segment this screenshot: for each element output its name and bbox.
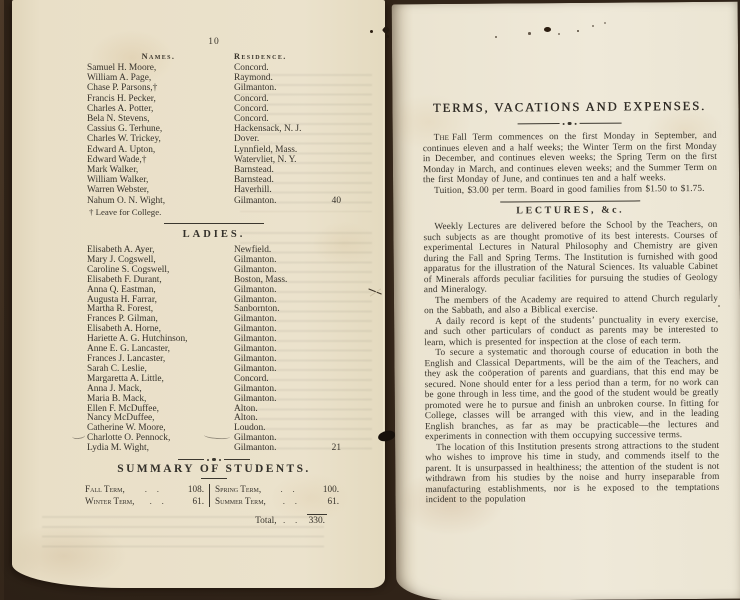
term-label: Winter Term, (85, 496, 134, 506)
student-row: Cassius G. Terhune, Hackensack, N. J. (85, 124, 343, 134)
gentlemen-count: 40 (332, 196, 341, 206)
ornament-dot (212, 458, 215, 461)
paragraph-text: The members of the Academy are required … (424, 294, 718, 317)
body-paragraph: Tuition, $3.00 per term. Board in good f… (423, 184, 717, 197)
right-page: TERMS, VACATIONS AND EXPENSES. TheFall T… (392, 2, 740, 600)
term-count: 61. (317, 496, 339, 506)
student-name: Edward A. Upton, (85, 145, 234, 155)
dot-leader (261, 485, 317, 495)
term-row: Spring Term, 100. (215, 484, 339, 495)
body-paragraph: A daily record is kept of the students’ … (424, 315, 718, 349)
student-residence: Gilmanton. (234, 444, 343, 454)
summary-total-row: Total, 330. (85, 514, 343, 526)
body-paragraph: The location of this Institution present… (425, 441, 719, 506)
term-label: Summer Term, (215, 496, 266, 506)
student-row: Charles A. Potter, Concord. (85, 104, 343, 114)
student-row: Charles W. Trickey, Dover. (85, 134, 343, 144)
student-row: Lydia M. Wight, Gilmanton. (85, 444, 343, 454)
student-row: Francis H. Pecker, Concord. (85, 94, 343, 104)
ink-speck (528, 32, 531, 35)
term-label: Spring Term, (215, 484, 261, 494)
paragraph-text: Weekly Lectures are delivered before the… (423, 220, 717, 295)
body-paragraph: The members of the Academy are required … (424, 294, 718, 317)
ladies-section-title: LADIES. (85, 229, 343, 240)
ornament-line (579, 123, 621, 124)
student-row: Warren Webster, Haverhill. (85, 185, 343, 195)
student-residence: Barnstead. (234, 175, 343, 185)
student-name: Chase P. Parsons,† (85, 83, 234, 93)
paragraph-text: Fall Term commences on the first Monday … (423, 131, 717, 185)
ink-speck (370, 30, 373, 33)
student-residence: Raymond. (234, 73, 343, 83)
ink-speck (577, 30, 579, 32)
student-name: Samuel H. Moore, (85, 63, 234, 73)
summary-title: SUMMARY OF STUDENTS. (85, 463, 343, 475)
student-name: Mark Walker, (85, 165, 234, 175)
ornament-divider (85, 458, 343, 461)
ornament-dot (207, 459, 209, 461)
term-row: Winter Term, 61. (85, 496, 204, 507)
ornament-line (224, 459, 250, 460)
ornament-divider (423, 121, 717, 127)
paragraph-text: Tuition, $3.00 per term. Board in good f… (434, 184, 704, 196)
college-footnote: † Leave for College. (89, 207, 343, 217)
body-paragraph: TheFall Term commences on the first Mond… (423, 131, 717, 186)
ornament-dot (568, 122, 571, 125)
lectures-title: LECTURES, &c. (423, 204, 717, 217)
student-name: Charles W. Trickey, (85, 134, 234, 144)
student-residence: Dover. (234, 134, 343, 144)
student-residence: Barnstead. (234, 165, 343, 175)
roster-column-headers: Names. Residence. (85, 52, 343, 61)
term-count: 61. (182, 496, 204, 506)
ink-speck (386, 35, 389, 38)
student-row: William Walker, Barnstead. (85, 175, 343, 185)
student-residence: Watervliet, N. Y. (234, 155, 343, 165)
term-label: Fall Term, (85, 484, 125, 494)
ink-blot (544, 27, 551, 32)
total-label: Total, (255, 516, 276, 526)
student-row: William A. Page, Raymond. (85, 73, 343, 83)
student-row: Nahum O. N. Wight, Gilmanton. (85, 196, 343, 206)
ornament-dot (574, 123, 576, 125)
ink-speck (718, 305, 720, 307)
ladies-count: 21 (332, 444, 341, 454)
left-page: 10 Names. Residence. 40 Samuel H. Moore,… (12, 0, 385, 588)
summary-title-rule (201, 478, 227, 479)
term-row: Fall Term, 108. (85, 484, 204, 495)
pencil-mark (72, 432, 86, 439)
summary-column-divider (209, 484, 210, 506)
student-name: Lydia M. Wight, (85, 444, 234, 454)
names-column-header: Names. (85, 52, 232, 61)
total-value: 330. (307, 514, 327, 526)
ornament-line (178, 459, 204, 460)
lectures-paragraphs: Weekly Lectures are delivered before the… (423, 220, 719, 506)
right-page-content: TERMS, VACATIONS AND EXPENSES. TheFall T… (422, 2, 720, 506)
dot-leader (134, 497, 182, 507)
student-row: Samuel H. Moore, Concord. (85, 63, 343, 73)
term-count: 100. (317, 484, 339, 494)
body-paragraph: Weekly Lectures are delivered before the… (423, 220, 718, 296)
student-row: Mark Walker, Barnstead. (85, 165, 343, 175)
student-residence: Concord. (234, 94, 343, 104)
student-row: Edward A. Upton, Lynnfield, Mass. (85, 145, 343, 155)
book-scan: 10 Names. Residence. 40 Samuel H. Moore,… (0, 0, 740, 600)
student-residence: Concord. (234, 114, 343, 124)
book-cover-edge (0, 0, 4, 600)
term-row: Summer Term, 61. (215, 496, 339, 507)
student-row: Edward Wade,† Watervliet, N. Y. (85, 155, 343, 165)
student-name: Cassius G. Terhune, (85, 124, 234, 134)
student-residence: Gilmanton. (234, 196, 343, 206)
paragraph-text: The location of this Institution present… (425, 441, 719, 506)
summary-column-1: Fall Term, 108. Winter Term, 61. (85, 484, 204, 506)
ink-speck (592, 25, 594, 27)
student-name: William A. Page, (85, 73, 234, 83)
gentlemen-list: 40 Samuel H. Moore, Concord. William A. … (85, 63, 343, 206)
student-residence: Hackensack, N. J. (234, 124, 343, 134)
student-name: Nahum O. N. Wight, (85, 196, 234, 206)
residence-column-header: Residence. (232, 52, 343, 61)
left-page-content: 10 Names. Residence. 40 Samuel H. Moore,… (85, 0, 343, 526)
paragraph-text: A daily record is kept of the students’ … (424, 315, 718, 348)
summary-column-2: Spring Term, 100. Summer Term, 61. (215, 484, 339, 506)
small-caps-lead: The (434, 133, 449, 143)
dot-leader (125, 485, 182, 495)
body-paragraph: To secure a systematic and thorough cour… (424, 346, 719, 443)
student-name: William Walker, (85, 175, 234, 185)
ladies-list: 21 Elisabeth A. Ayer, Newfield. Mary J. … (85, 246, 343, 454)
term-count: 108. (182, 484, 204, 494)
ink-speck (558, 33, 560, 35)
ornament-line (518, 123, 560, 124)
student-row: Bela N. Stevens, Concord. (85, 114, 343, 124)
ornament-dot (219, 459, 221, 461)
student-name: Warren Webster, (85, 185, 234, 195)
student-residence: Concord. (234, 104, 343, 114)
terms-paragraphs: TheFall Term commences on the first Mond… (423, 131, 717, 196)
terms-title: TERMS, VACATIONS AND EXPENSES. (422, 99, 716, 116)
student-residence: Haverhill. (234, 185, 343, 195)
dot-leader (266, 497, 317, 507)
paragraph-text: To secure a systematic and thorough cour… (424, 346, 719, 442)
student-name: Francis H. Pecker, (85, 94, 234, 104)
section-divider-rule (164, 223, 264, 224)
summary-table: Fall Term, 108. Winter Term, 61. (85, 484, 343, 506)
ornament-dot (563, 123, 565, 125)
dot-leader (279, 516, 305, 525)
student-name: Bela N. Stevens, (85, 114, 234, 124)
ink-speck (495, 36, 497, 38)
student-name: Charles A. Potter, (85, 104, 234, 114)
page-number: 10 (85, 37, 343, 47)
student-name: Edward Wade,† (85, 155, 234, 165)
student-row: Chase P. Parsons,† Gilmanton. (85, 83, 343, 93)
section-divider-rule (500, 201, 640, 203)
student-residence: Gilmanton. (234, 83, 343, 93)
student-residence: Concord. (234, 63, 343, 73)
student-residence: Lynnfield, Mass. (234, 145, 343, 155)
ink-speck (604, 22, 606, 24)
